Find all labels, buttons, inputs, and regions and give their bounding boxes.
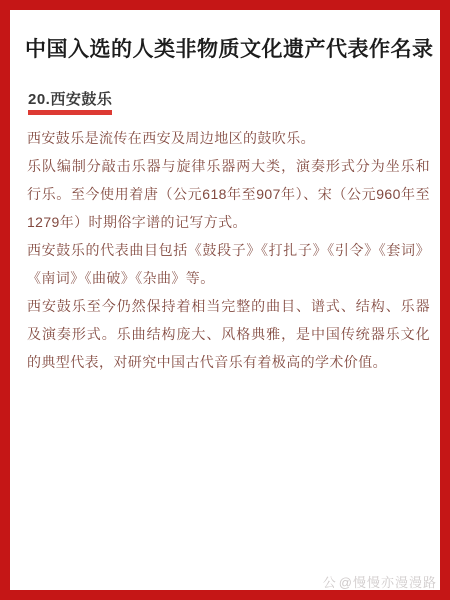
paragraph-2: 乐队编制分敲击乐器与旋律乐器两大类，演奏形式分为坐乐和行乐。至今使用着唐（公元6… [27, 152, 430, 236]
section-heading: 20.西安鼓乐 [28, 88, 440, 115]
paragraph-4: 西安鼓乐至今仍然保持着相当完整的曲目、谱式、结构、乐器及演奏形式。乐曲结构庞大、… [27, 292, 430, 376]
watermark-icon: 公 [323, 575, 337, 590]
paragraph-1: 西安鼓乐是流传在西安及周边地区的鼓吹乐。 [27, 124, 430, 152]
section-heading-text: 20.西安鼓乐 [28, 88, 112, 115]
watermark-text: @慢慢亦漫漫路 [339, 575, 437, 590]
article-body: 西安鼓乐是流传在西安及周边地区的鼓吹乐。 乐队编制分敲击乐器与旋律乐器两大类，演… [27, 124, 430, 376]
page-title: 中国入选的人类非物质文化遗产代表作名录 [25, 35, 427, 65]
watermark: 公@慢慢亦漫漫路 [323, 572, 437, 591]
poster-card: 中国入选的人类非物质文化遗产代表作名录 20.西安鼓乐 西安鼓乐是流传在西安及周… [0, 0, 450, 600]
paragraph-3: 西安鼓乐的代表曲目包括《鼓段子》《打扎子》《引令》《套词》《南词》《曲破》《杂曲… [27, 236, 430, 292]
